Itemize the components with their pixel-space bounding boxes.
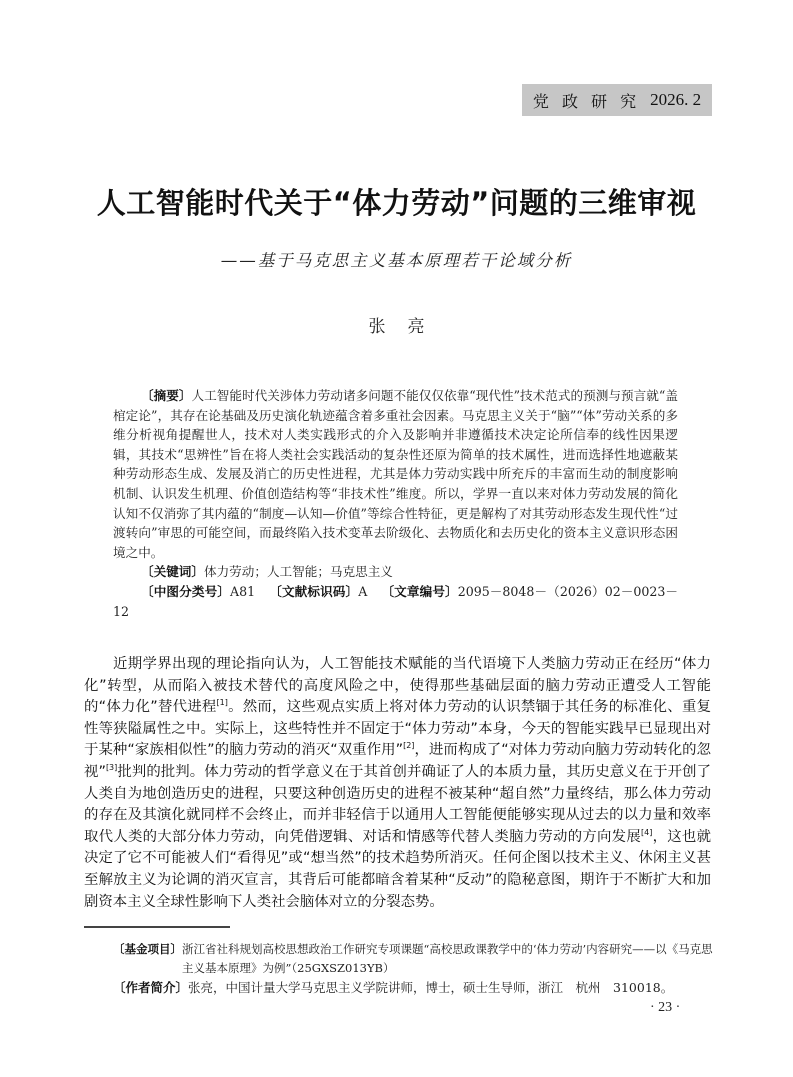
citation-ref[interactable]: [1] xyxy=(217,698,228,707)
clc-value: A81 xyxy=(230,584,255,599)
citation-ref[interactable]: [2] xyxy=(403,741,414,750)
keywords-text: 体力劳动；人工智能；马克思主义 xyxy=(204,564,393,579)
abstract-label: 〔摘要〕 xyxy=(141,388,192,403)
keywords: 〔关键词〕体力劳动；人工智能；马克思主义 xyxy=(113,562,678,582)
article-author: 张亮 xyxy=(0,312,793,337)
article-title: 人工智能时代关于“体力劳动”问题的三维审视 xyxy=(0,181,793,222)
article-no-label: 〔文章编号〕 xyxy=(381,584,457,599)
journal-name: 党 政 研 究 xyxy=(533,89,640,112)
journal-issue: 2026. 2 xyxy=(650,90,701,110)
footnote-divider xyxy=(84,926,230,928)
footnotes: 〔基金项目〕 浙江省社科规划高校思想政治工作研究专项课题“高校思政课教学中的‘体… xyxy=(113,940,718,997)
body-text-segment: 批判的批判。体力劳动的哲学意义在于其首创并确证了人的本质力量，其历史意义在于开创… xyxy=(84,764,711,845)
doc-code-label: 〔文献标识码〕 xyxy=(269,584,358,599)
citation-ref[interactable]: [3] xyxy=(106,763,117,772)
citation-ref[interactable]: [4] xyxy=(641,828,652,837)
journal-header: 党 政 研 究 2026. 2 xyxy=(522,84,712,116)
author-footnote: 〔作者简介〕 张亮，中国计量大学马克思主义学院讲师，博士，硕士生导师，浙江 杭州… xyxy=(113,978,718,997)
doc-code-value: A xyxy=(358,584,367,599)
fund-label: 〔基金项目〕 xyxy=(113,940,182,978)
keywords-label: 〔关键词〕 xyxy=(141,564,204,579)
page-number: · 23 · xyxy=(650,1000,680,1016)
author-info-label: 〔作者简介〕 xyxy=(113,978,188,997)
clc-label: 〔中图分类号〕 xyxy=(141,584,230,599)
article-subtitle: ——基于马克思主义基本原理若干论域分析 xyxy=(0,247,793,271)
classification-line: 〔中图分类号〕A81〔文献标识码〕A〔文章编号〕2095－8048－（2026）… xyxy=(113,582,678,621)
abstract: 〔摘要〕人工智能时代关涉体力劳动诸多问题不能仅仅依靠“现代性”技术范式的预测与预… xyxy=(113,386,678,562)
body-paragraph: 近期学界出现的理论指向认为，人工智能技术赋能的当代语境下人类脑力劳动正在经历“体… xyxy=(84,654,711,913)
fund-footnote: 〔基金项目〕 浙江省社科规划高校思想政治工作研究专项课题“高校思政课教学中的‘体… xyxy=(113,940,718,978)
fund-text: 浙江省社科规划高校思想政治工作研究专项课题“高校思政课教学中的‘体力劳动’内容研… xyxy=(182,940,718,978)
author-info-text: 张亮，中国计量大学马克思主义学院讲师，博士，硕士生导师，浙江 杭州 310018… xyxy=(188,978,718,997)
abstract-text: 人工智能时代关涉体力劳动诸多问题不能仅仅依靠“现代性”技术范式的预测与预言就“盖… xyxy=(113,388,678,560)
abstract-section: 〔摘要〕人工智能时代关涉体力劳动诸多问题不能仅仅依靠“现代性”技术范式的预测与预… xyxy=(113,386,678,621)
body-text: 近期学界出现的理论指向认为，人工智能技术赋能的当代语境下人类脑力劳动正在经历“体… xyxy=(84,654,711,913)
